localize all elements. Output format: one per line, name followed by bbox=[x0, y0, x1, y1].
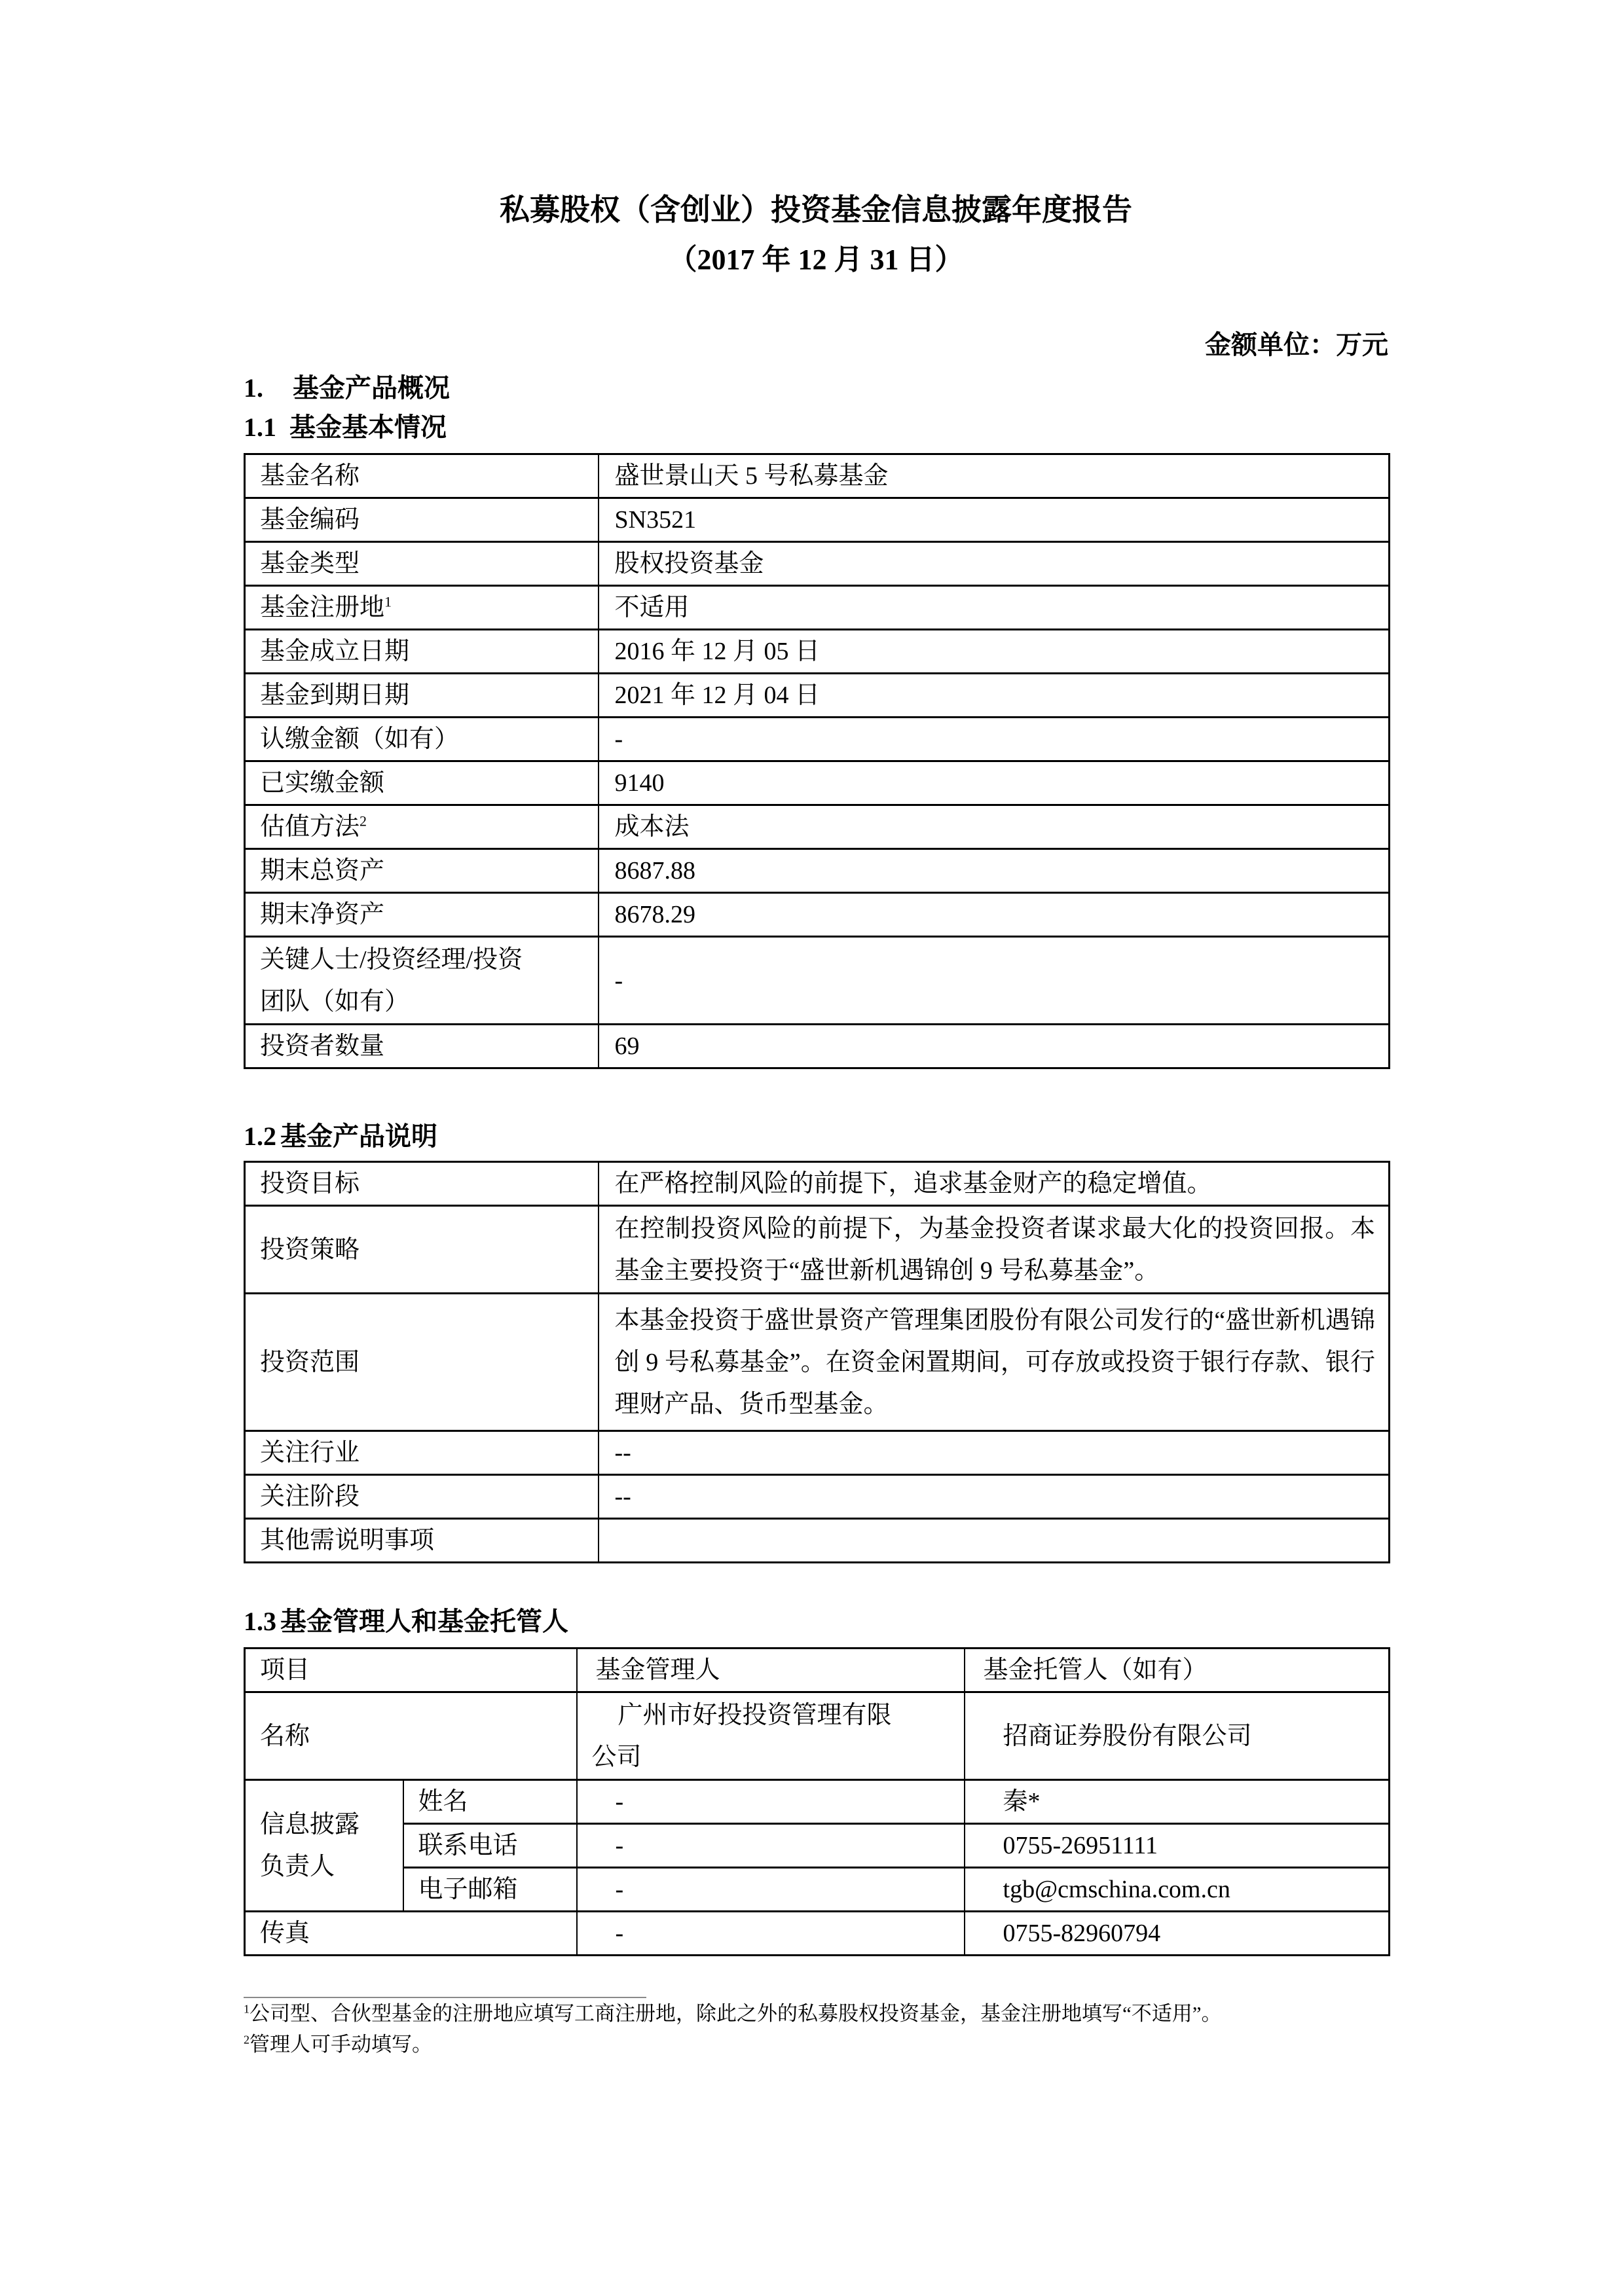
row-label: 基金编码 bbox=[245, 498, 599, 542]
header-manager: 基金管理人 bbox=[577, 1649, 965, 1692]
row-label: 基金成立日期 bbox=[245, 630, 599, 674]
table-row-other-notes: 其他需说明事项 bbox=[245, 1519, 1390, 1563]
disclosure-group-label: 信息披露负责人 bbox=[245, 1780, 403, 1912]
footnote-ref-2: 2 bbox=[360, 812, 367, 829]
row-label: 投资策略 bbox=[245, 1206, 599, 1294]
table-row-fund-name: 基金名称 盛世景山天 5 号私募基金 bbox=[245, 454, 1390, 498]
row-value: 股权投资基金 bbox=[599, 542, 1390, 586]
footnote-1-marker: 1 bbox=[244, 2003, 249, 2016]
section-managers-heading: 1.3基金管理人和基金托管人 bbox=[244, 1607, 1388, 1637]
footnote-2: 2管理人可手动填写。 bbox=[244, 2029, 1388, 2060]
section-managers-title: 基金管理人和基金托管人 bbox=[280, 1607, 568, 1636]
row-label: 联系电话 bbox=[403, 1824, 577, 1868]
footnote-ref-1: 1 bbox=[384, 593, 392, 610]
row-value: 69 bbox=[599, 1025, 1390, 1068]
table-row-key-persons: 关键人士/投资经理/投资团队（如有） - bbox=[245, 937, 1390, 1025]
row-value: 2021 年 12 月 04 日 bbox=[599, 674, 1390, 718]
row-value: 不适用 bbox=[599, 586, 1390, 630]
row-value: 9140 bbox=[599, 761, 1390, 805]
table-row-subscribed-amount: 认缴金额（如有） - bbox=[245, 718, 1390, 761]
row-label: 关注行业 bbox=[245, 1431, 599, 1475]
footnote-1-text: 公司型、合伙型基金的注册地应填写工商注册地，除此之外的私募股权投资基金，基金注册… bbox=[249, 2002, 1222, 2025]
row-label: 关键人士/投资经理/投资团队（如有） bbox=[245, 937, 599, 1025]
row-label-text: 估值方法 bbox=[260, 813, 360, 841]
row-value: -- bbox=[599, 1431, 1390, 1475]
row-value: 本基金投资于盛世景资产管理集团股份有限公司发行的“盛世新机遇锦创 9 号私募基金… bbox=[599, 1294, 1390, 1431]
row-value: SN3521 bbox=[599, 498, 1390, 542]
trustee-email: tgb@cmschina.com.cn bbox=[965, 1868, 1390, 1912]
row-value: 在严格控制风险的前提下，追求基金财产的稳定增值。 bbox=[599, 1162, 1390, 1206]
section-basic-title: 基金基本情况 bbox=[289, 412, 447, 442]
table-row-maturity-date: 基金到期日期 2021 年 12 月 04 日 bbox=[245, 674, 1390, 718]
basic-info-table: 基金名称 盛世景山天 5 号私募基金 基金编码 SN3521 基金类型 股权投资… bbox=[244, 453, 1390, 1069]
footnote-1: 1公司型、合伙型基金的注册地应填写工商注册地，除此之外的私募股权投资基金，基金注… bbox=[244, 1998, 1388, 2029]
section-overview-number: 1. bbox=[244, 373, 263, 403]
row-label: 期末净资产 bbox=[245, 893, 599, 937]
section-product-title: 基金产品说明 bbox=[280, 1121, 437, 1151]
trustee-name: 招商证券股份有限公司 bbox=[965, 1692, 1390, 1780]
row-label: 投资者数量 bbox=[245, 1025, 599, 1068]
row-value: 盛世景山天 5 号私募基金 bbox=[599, 454, 1390, 498]
table-row-paid-in-amount: 已实缴金额 9140 bbox=[245, 761, 1390, 805]
manager-trustee-table: 项目 基金管理人 基金托管人（如有） 名称 广州市好投投资管理有限公司 招商证券… bbox=[244, 1647, 1390, 1956]
row-value: 8687.88 bbox=[599, 849, 1390, 893]
manager-phone: - bbox=[577, 1824, 965, 1868]
row-label: 名称 bbox=[245, 1692, 577, 1780]
document-title: 私募股权（含创业）投资基金信息披露年度报告 bbox=[244, 193, 1388, 227]
table-row-net-assets: 期末净资产 8678.29 bbox=[245, 893, 1390, 937]
row-value: -- bbox=[599, 1475, 1390, 1519]
page-content: 私募股权（含创业）投资基金信息披露年度报告 （2017 年 12 月 31 日）… bbox=[0, 0, 1624, 2060]
row-label: 基金名称 bbox=[245, 454, 599, 498]
table-row-investor-count: 投资者数量 69 bbox=[245, 1025, 1390, 1068]
section-basic-number: 1.1 bbox=[244, 412, 276, 443]
section-product-number: 1.2 bbox=[244, 1121, 276, 1152]
row-label: 关注阶段 bbox=[245, 1475, 599, 1519]
row-value: - bbox=[599, 937, 1390, 1025]
table-row-disclosure-email: 电子邮箱 - tgb@cmschina.com.cn bbox=[245, 1868, 1390, 1912]
manager-contact-name: - bbox=[577, 1780, 965, 1824]
row-label: 认缴金额（如有） bbox=[245, 718, 599, 761]
table-row-investment-strategy: 投资策略 在控制投资风险的前提下，为基金投资者谋求最大化的投资回报。本基金主要投… bbox=[245, 1206, 1390, 1294]
row-label: 电子邮箱 bbox=[403, 1868, 577, 1912]
table-row-disclosure-name: 信息披露负责人 姓名 - 秦* bbox=[245, 1780, 1390, 1824]
table-row-focus-industry: 关注行业 -- bbox=[245, 1431, 1390, 1475]
report-page: 私募股权（含创业）投资基金信息披露年度报告 （2017 年 12 月 31 日）… bbox=[0, 0, 1624, 2296]
row-value: 2016 年 12 月 05 日 bbox=[599, 630, 1390, 674]
manager-email: - bbox=[577, 1868, 965, 1912]
row-value: - bbox=[599, 718, 1390, 761]
manager-name: 广州市好投投资管理有限公司 bbox=[577, 1692, 965, 1780]
table-header-row: 项目 基金管理人 基金托管人（如有） bbox=[245, 1649, 1390, 1692]
row-label: 期末总资产 bbox=[245, 849, 599, 893]
table-row-investment-objective: 投资目标 在严格控制风险的前提下，追求基金财产的稳定增值。 bbox=[245, 1162, 1390, 1206]
footnote-2-text: 管理人可手动填写。 bbox=[249, 2033, 432, 2056]
row-label: 基金类型 bbox=[245, 542, 599, 586]
row-value: 成本法 bbox=[599, 805, 1390, 849]
section-overview-heading: 1.基金产品概况 bbox=[244, 373, 1388, 403]
table-row-fax: 传真 - 0755-82960794 bbox=[245, 1912, 1390, 1956]
table-row-valuation-method: 估值方法2 成本法 bbox=[245, 805, 1390, 849]
row-value: 在控制投资风险的前提下，为基金投资者谋求最大化的投资回报。本基金主要投资于“盛世… bbox=[599, 1206, 1390, 1294]
product-description-table: 投资目标 在严格控制风险的前提下，追求基金财产的稳定增值。 投资策略 在控制投资… bbox=[244, 1161, 1390, 1563]
manager-fax: - bbox=[577, 1912, 965, 1956]
header-item: 项目 bbox=[245, 1649, 577, 1692]
row-value: 8678.29 bbox=[599, 893, 1390, 937]
table-row-total-assets: 期末总资产 8687.88 bbox=[245, 849, 1390, 893]
table-row-name: 名称 广州市好投投资管理有限公司 招商证券股份有限公司 bbox=[245, 1692, 1390, 1780]
trustee-fax: 0755-82960794 bbox=[965, 1912, 1390, 1956]
row-label: 姓名 bbox=[403, 1780, 577, 1824]
row-label: 已实缴金额 bbox=[245, 761, 599, 805]
trustee-contact-name: 秦* bbox=[965, 1780, 1390, 1824]
row-label: 估值方法2 bbox=[245, 805, 599, 849]
row-label: 基金到期日期 bbox=[245, 674, 599, 718]
table-row-investment-scope: 投资范围 本基金投资于盛世景资产管理集团股份有限公司发行的“盛世新机遇锦创 9 … bbox=[245, 1294, 1390, 1431]
table-row-registered-place: 基金注册地1 不适用 bbox=[245, 586, 1390, 630]
section-product-heading: 1.2基金产品说明 bbox=[244, 1121, 1388, 1152]
section-managers-number: 1.3 bbox=[244, 1607, 276, 1637]
report-date-line: （2017 年 12 月 31 日） bbox=[244, 244, 1388, 276]
row-label: 其他需说明事项 bbox=[245, 1519, 599, 1563]
footnote-2-marker: 2 bbox=[244, 2033, 249, 2047]
table-row-establish-date: 基金成立日期 2016 年 12 月 05 日 bbox=[245, 630, 1390, 674]
header-trustee: 基金托管人（如有） bbox=[965, 1649, 1390, 1692]
row-label: 投资目标 bbox=[245, 1162, 599, 1206]
row-label: 投资范围 bbox=[245, 1294, 599, 1431]
row-value bbox=[599, 1519, 1390, 1563]
amount-unit-note: 金额单位：万元 bbox=[244, 331, 1388, 359]
trustee-phone: 0755-26951111 bbox=[965, 1824, 1390, 1868]
row-label: 传真 bbox=[245, 1912, 577, 1956]
section-overview-title: 基金产品概况 bbox=[293, 373, 450, 403]
row-label: 基金注册地1 bbox=[245, 586, 599, 630]
table-row-fund-type: 基金类型 股权投资基金 bbox=[245, 542, 1390, 586]
section-basic-heading: 1.1基金基本情况 bbox=[244, 412, 1388, 443]
table-row-disclosure-phone: 联系电话 - 0755-26951111 bbox=[245, 1824, 1390, 1868]
table-row-focus-stage: 关注阶段 -- bbox=[245, 1475, 1390, 1519]
table-row-fund-code: 基金编码 SN3521 bbox=[245, 498, 1390, 542]
row-label-text: 基金注册地 bbox=[260, 594, 384, 621]
